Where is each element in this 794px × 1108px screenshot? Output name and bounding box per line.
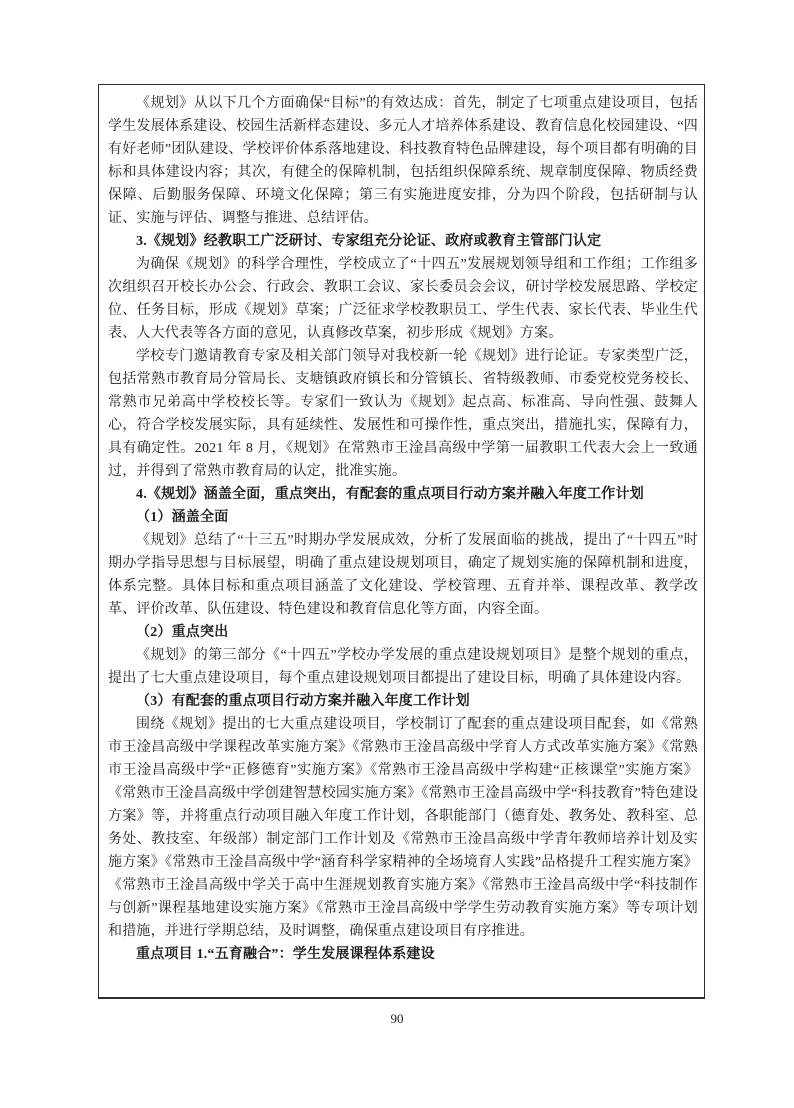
paragraph-action-plans: 围绕《规划》提出的七大重点建设项目，学校制订了配套的重点建设项目配套，如《常熟市… <box>108 713 698 943</box>
paragraph-plan-drafting: 为确保《规划》的科学合理性，学校成立了“十四五”发展规划领导组和工作组；工作组多… <box>108 253 698 345</box>
subsection-heading-3: （3）有配套的重点项目行动方案并融入年度工作计划 <box>108 690 698 713</box>
page-number: 90 <box>0 1009 794 1029</box>
section-heading-3: 3.《规划》经教职工广泛研讨、专家组充分论证、政府或教育主管部门认定 <box>108 230 698 253</box>
paragraph-goal-achievement: 《规划》从以下几个方面确保“目标”的有效达成：首先，制定了七项重点建设项目，包括… <box>108 92 698 230</box>
paragraph-key-highlights: 《规划》的第三部分《“十四五”学校办学发展的重点建设规划项目》是整个规划的重点，… <box>108 644 698 690</box>
subsection-heading-2: （2）重点突出 <box>108 621 698 644</box>
paragraph-expert-review: 学校专门邀请教育专家及相关部门领导对我校新一轮《规划》进行论证。专家类型广泛，包… <box>108 345 698 483</box>
key-project-heading: 重点项目 1.“五育融合”：学生发展课程体系建设 <box>108 943 698 966</box>
paragraph-comprehensive-coverage: 《规划》总结了“十三五”时期办学发展成效，分析了发展面临的挑战，提出了“十四五”… <box>108 529 698 621</box>
document-content-cell: 《规划》从以下几个方面确保“目标”的有效达成：首先，制定了七项重点建设项目，包括… <box>98 84 705 999</box>
section-heading-4: 4.《规划》涵盖全面，重点突出，有配套的重点项目行动方案并融入年度工作计划 <box>108 483 698 506</box>
subsection-heading-1: （1）涵盖全面 <box>108 506 698 529</box>
